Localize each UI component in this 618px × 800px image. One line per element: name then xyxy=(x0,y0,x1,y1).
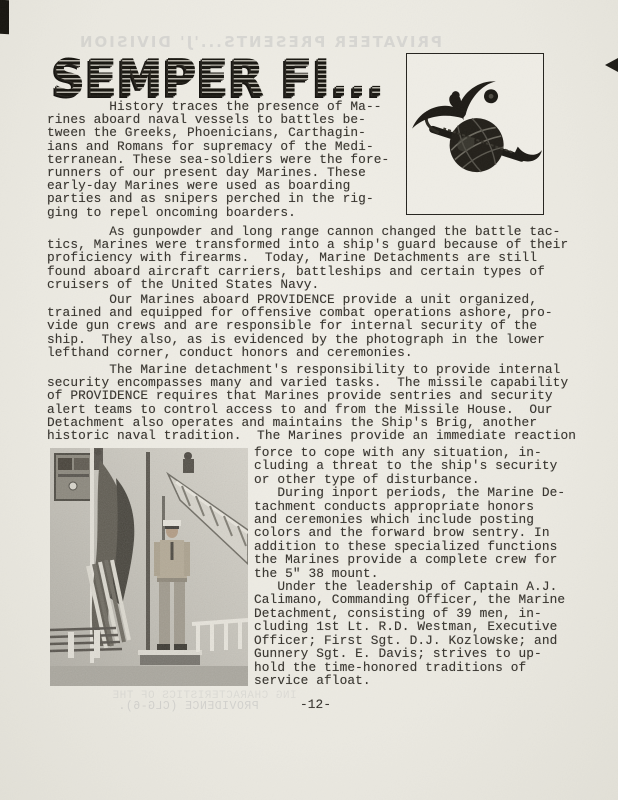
page-corner-mark xyxy=(0,0,9,34)
paragraph-security-tasks: The Marine detachment's responsibility t… xyxy=(47,363,576,442)
paragraph-security-tasks-wrap: force to cope with any situation, in- cl… xyxy=(254,446,584,486)
page-number: -12- xyxy=(300,698,331,711)
bleed-through-bottom-line2: PROVIDENCE (CLG-6). xyxy=(118,700,259,713)
paragraph-gunpowder: As gunpowder and long range cannon chang… xyxy=(47,225,568,291)
usmc-emblem-photo xyxy=(406,53,544,215)
sentry-photo-illustration xyxy=(50,448,248,686)
paragraph-inport-periods: During inport periods, the Marine De- ta… xyxy=(254,486,584,580)
page-edge-arrow-mark xyxy=(605,58,618,72)
right-text-column: force to cope with any situation, in- cl… xyxy=(254,446,584,687)
brow-sentry-photo xyxy=(50,448,248,686)
eagle-globe-anchor-icon xyxy=(407,54,542,213)
scanned-newsletter-page: PRIVATEER PRESENTS...'J' DIVISION SEMPER… xyxy=(0,0,618,800)
paragraph-providence-marines: Our Marines aboard PROVIDENCE provide a … xyxy=(47,293,553,359)
paragraph-leadership: Under the leadership of Captain A.J. Cal… xyxy=(254,580,584,687)
paragraph-history: History traces the presence of Ma-- rine… xyxy=(47,100,389,219)
